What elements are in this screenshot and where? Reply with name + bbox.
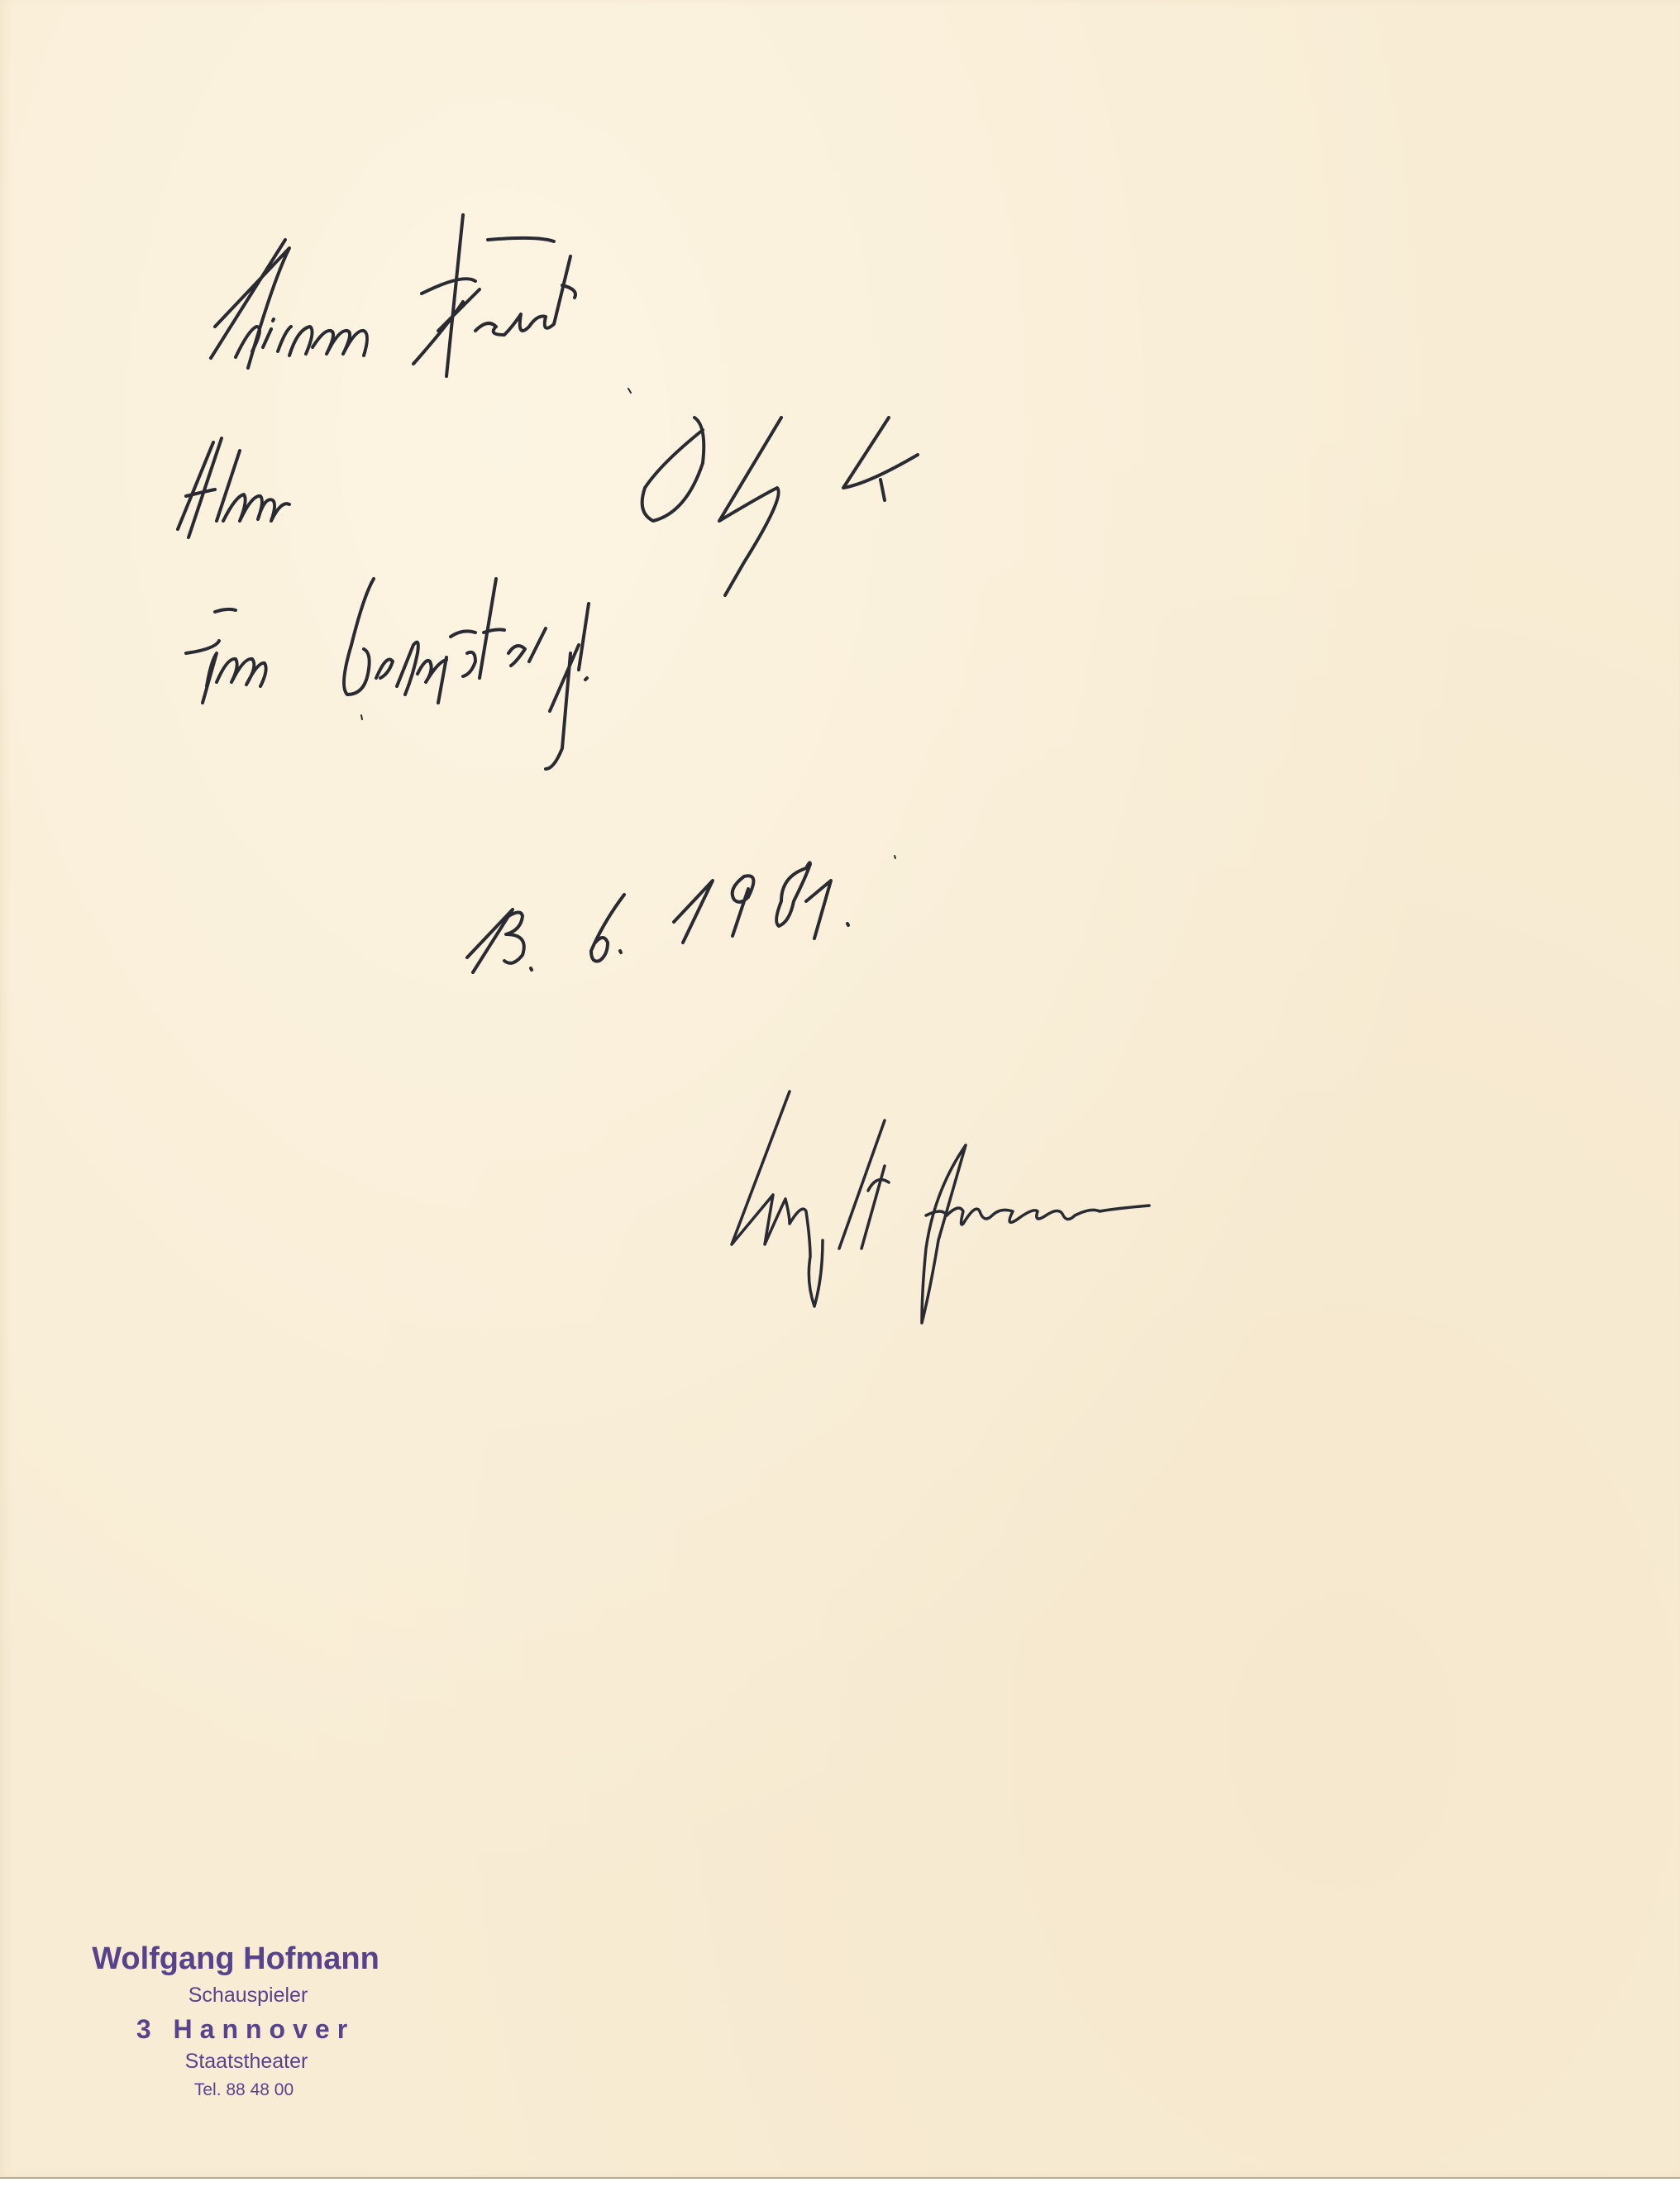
stamp-role: Schauspieler [74,1984,422,2008]
stamp-phone: Tel. 88 48 00 [66,2080,422,2100]
signature-strokes [732,1091,1149,1323]
date-strokes [467,862,848,972]
stamp-theater: Staatstheater [71,2050,422,2074]
handwriting-layer [0,0,1680,2177]
stamp-name: Wolfgang Hofmann [50,1941,422,1977]
dedication-line-1-strokes [211,215,575,376]
dedication-line-2-strokes [178,418,918,595]
dedication-line-3-strokes [186,579,589,769]
paper-specks [361,389,895,858]
stamp-city: 3 Hannover [69,2014,422,2045]
address-stamp: Wolfgang Hofmann Schauspieler 3 Hannover… [50,1941,422,2100]
